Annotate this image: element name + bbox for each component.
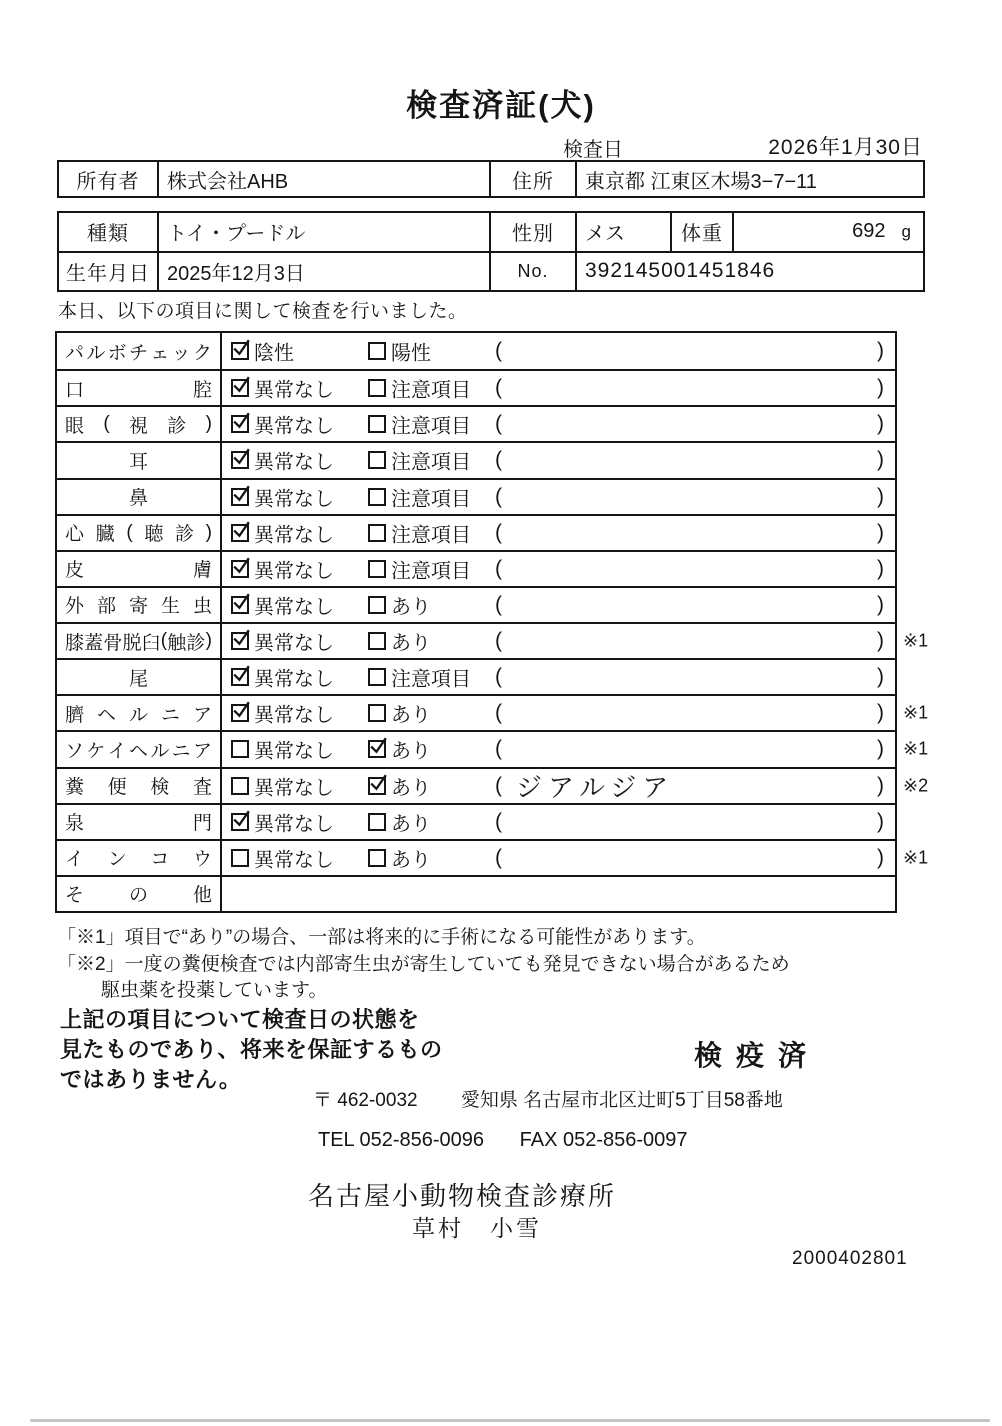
checkbox-checked (231, 596, 249, 614)
pet-row-2: 生年月日 2025年12月3日 No. 392145001451846 (59, 251, 923, 291)
checkbox-checked (231, 668, 249, 686)
checkbox-unchecked (368, 668, 386, 686)
option-1-label: 異常なし (254, 843, 334, 872)
checklist-row-label: パルボチェック (57, 333, 222, 369)
checklist-table: パルボチェック陰性陽性()口腔異常なし注意項目()眼(視診)異常なし注意項目()… (55, 331, 897, 913)
remark-paren-close: ) (877, 810, 884, 834)
option-2-label: 注意項目 (391, 482, 471, 511)
remark-paren-open: ( (495, 810, 502, 834)
option-2-label: あり (391, 627, 431, 656)
checklist-row: インコウ異常なしあり()※1 (57, 839, 895, 875)
remark-paren-open: ( (495, 557, 502, 581)
checklist-row-label: 口腔 (57, 371, 222, 405)
intro-sentence: 本日、以下の項目に関して検査を行いました。 (58, 296, 468, 323)
checklist-row: 口腔異常なし注意項目() (57, 369, 895, 405)
certificate-page: 検査済証(犬) 検査日 2026年1月30日 所有者 株式会社AHB 住所 東京… (0, 0, 1002, 1426)
clinic-postal-code: 〒 462-0032 (313, 1090, 418, 1111)
clinic-address-line: 〒 462-0032 愛知県 名古屋市北区辻町5丁目58番地 (313, 1085, 783, 1112)
option-2-label: あり (391, 699, 431, 728)
checklist-row-content: 異常なしあり() (222, 588, 895, 622)
checkbox-checked (231, 813, 249, 831)
option-2-label: 注意項目 (391, 518, 471, 547)
checklist-row: 鼻異常なし注意項目() (57, 478, 895, 514)
option-1-label: 異常なし (254, 590, 334, 619)
remark-paren-open: ( (495, 701, 502, 725)
remark-paren-close: ) (877, 846, 884, 870)
checkbox-unchecked (231, 777, 249, 795)
clinic-tel: TEL 052-856-0096 (318, 1129, 484, 1151)
checklist-row-content: 陰性陽性() (222, 333, 895, 369)
owner-table: 所有者 株式会社AHB 住所 東京都 江東区木場3−7−11 (57, 160, 925, 198)
clinic-address: 愛知県 名古屋市北区辻町5丁目58番地 (461, 1090, 783, 1111)
checkbox-unchecked (368, 849, 386, 867)
option-2-label: 注意項目 (391, 446, 471, 475)
option-2-label: あり (391, 807, 431, 836)
remark-paren-open: ( (495, 774, 502, 798)
checklist-row-content: 異常なしあり() (222, 624, 895, 658)
disclaimer-line-3: ではありません。 (60, 1063, 241, 1094)
checklist-row: ソケイヘルニア異常なしあり()※1 (57, 730, 895, 766)
remark-paren-close: ) (877, 376, 884, 400)
option-2-label: あり (391, 735, 431, 764)
option-2-label: 陽性 (391, 337, 431, 366)
remark-paren-close: ) (877, 485, 884, 509)
remark-paren-open: ( (495, 412, 502, 436)
checkbox-unchecked (368, 524, 386, 542)
option-2-label: あり (391, 843, 431, 872)
remark-paren-close: ) (877, 774, 884, 798)
checkbox-checked (231, 524, 249, 542)
clinic-name: 名古屋小動物検査診療所 (308, 1176, 616, 1213)
option-2-label: 注意項目 (391, 374, 471, 403)
remark-paren-close: ) (877, 737, 884, 761)
sex-label-cell: 性別 (489, 213, 575, 251)
option-1-label: 異常なし (254, 554, 334, 583)
option-2-label: 注意項目 (391, 554, 471, 583)
veterinarian-name: 草村 小雪 (412, 1210, 542, 1243)
checklist-row-label: 皮膚 (57, 552, 222, 586)
remark-paren-open: ( (495, 629, 502, 653)
owner-label-cell: 所有者 (59, 162, 157, 196)
checklist-row: 膝蓋骨脱臼(触診)異常なしあり()※1 (57, 622, 895, 658)
checklist-row-content: 異常なし注意項目() (222, 371, 895, 405)
remark-paren-open: ( (495, 846, 502, 870)
checklist-row-content: 異常なし注意項目() (222, 443, 895, 477)
pet-row-1: 種類 トイ・プードル 性別 メス 体重 692 g (59, 213, 923, 251)
owner-address-label-cell: 住所 (489, 162, 575, 196)
option-1-label: 異常なし (254, 663, 334, 692)
checkbox-unchecked (368, 632, 386, 650)
remark-paren-open: ( (495, 448, 502, 472)
checklist-row-label: 眼(視診) (57, 407, 222, 441)
checklist-row: 眼(視診)異常なし注意項目() (57, 405, 895, 441)
remark-paren-close: ) (877, 701, 884, 725)
option-1-label: 異常なし (254, 627, 334, 656)
clinic-phone-line: TEL 052-856-0096 FAX 052-856-0097 (318, 1129, 688, 1152)
row-reference-mark: ※1 (903, 739, 928, 760)
checkbox-checked (231, 451, 249, 469)
checkbox-checked (231, 560, 249, 578)
checkbox-checked (368, 740, 386, 758)
checklist-row-label: 鼻 (57, 480, 222, 514)
disclaimer-line-2: 見たものであり、将来を保証するもの (60, 1033, 443, 1064)
footnote-2: 「※2」一度の糞便検査では内部寄生虫が寄生していても発見できない場合があるため (57, 949, 790, 976)
checklist-row: その他 (57, 875, 895, 911)
option-1-label: 異常なし (254, 446, 334, 475)
checkbox-unchecked (368, 342, 386, 360)
checklist-row-label: インコウ (57, 841, 222, 875)
row-reference-mark: ※1 (903, 631, 928, 652)
inspection-date-value: 2026年1月30日 (768, 131, 923, 161)
option-1-label: 異常なし (254, 518, 334, 547)
option-1-label: 異常なし (254, 771, 334, 800)
checklist-row-label: 糞便検査 (57, 769, 222, 803)
checklist-row-label: 膝蓋骨脱臼(触診) (57, 624, 222, 658)
sex-value-cell: メス (575, 213, 670, 251)
checkbox-checked (368, 777, 386, 795)
checklist-row-label: 耳 (57, 443, 222, 477)
remark-paren-close: ) (877, 557, 884, 581)
option-2-label: あり (391, 590, 431, 619)
remark-paren-close: ) (877, 593, 884, 617)
checklist-row: 尾異常なし注意項目() (57, 658, 895, 694)
remark-paren-open: ( (495, 665, 502, 689)
checklist-row: 糞便検査異常なしあり(ジアルジア)※2 (57, 767, 895, 803)
checklist-row-content: 異常なしあり() (222, 696, 895, 730)
checklist-row: 泉門異常なしあり() (57, 803, 895, 839)
checklist-row-label: その他 (57, 877, 222, 911)
remark-paren-close: ) (877, 339, 884, 363)
checklist-row: 耳異常なし注意項目() (57, 441, 895, 477)
remark-paren-open: ( (495, 521, 502, 545)
checklist-row-content (222, 877, 895, 911)
remark-paren-close: ) (877, 665, 884, 689)
breed-value-cell: トイ・プードル (157, 213, 489, 251)
document-number: 2000402801 (792, 1248, 908, 1270)
checkbox-unchecked (368, 813, 386, 831)
checklist-row-label: 臍ヘルニア (57, 696, 222, 730)
option-2-label: 注意項目 (391, 663, 471, 692)
checklist-row-label: 泉門 (57, 805, 222, 839)
checklist-row-label: ソケイヘルニア (57, 732, 222, 766)
footnote-1: 「※1」項目で“あり”の場合、一部は将来的に手術になる可能性があります。 (57, 922, 706, 949)
checkbox-checked (231, 379, 249, 397)
quarantine-stamp: 検疫済 (694, 1034, 820, 1074)
option-1-label: 異常なし (254, 482, 334, 511)
owner-name-cell: 株式会社AHB (157, 162, 489, 196)
birth-value-cell: 2025年12月3日 (157, 253, 489, 291)
pet-info-table: 種類 トイ・プードル 性別 メス 体重 692 g 生年月日 2025年12月3… (57, 211, 925, 292)
checkbox-unchecked (368, 488, 386, 506)
checkbox-unchecked (231, 740, 249, 758)
checklist-row-label: 尾 (57, 660, 222, 694)
owner-row: 所有者 株式会社AHB 住所 東京都 江東区木場3−7−11 (59, 162, 923, 196)
remark-paren-close: ) (877, 448, 884, 472)
checkbox-unchecked (231, 849, 249, 867)
weight-label-cell: 体重 (670, 213, 732, 251)
checklist-row-content: 異常なし注意項目() (222, 480, 895, 514)
row-reference-mark: ※1 (903, 703, 928, 724)
checklist-row-content: 異常なし注意項目() (222, 516, 895, 550)
checklist-row-label: 心臓(聴診) (57, 516, 222, 550)
clinic-fax: FAX 052-856-0097 (520, 1129, 688, 1151)
option-1-label: 陰性 (254, 337, 294, 366)
scan-edge-line (30, 1419, 990, 1422)
disclaimer-line-1: 上記の項目について検査日の状態を (60, 1003, 420, 1034)
checklist-row: 臍ヘルニア異常なしあり()※1 (57, 694, 895, 730)
checklist-row-content: 異常なし注意項目() (222, 407, 895, 441)
number-value-cell: 392145001451846 (575, 253, 923, 291)
page-title: 検査済証(犬) (0, 80, 1002, 125)
footnote-2-continued: 駆虫薬を投薬しています。 (101, 975, 327, 1002)
checkbox-checked (231, 704, 249, 722)
checklist-row-content: 異常なしあり() (222, 805, 895, 839)
checklist-row-content: 異常なし注意項目() (222, 552, 895, 586)
checklist-row: パルボチェック陰性陽性() (57, 333, 895, 369)
remark-paren-open: ( (495, 485, 502, 509)
checkbox-checked (231, 488, 249, 506)
checkbox-checked (231, 342, 249, 360)
checkbox-unchecked (368, 415, 386, 433)
checkbox-checked (231, 632, 249, 650)
breed-label-cell: 種類 (59, 213, 157, 251)
remark-paren-close: ) (877, 629, 884, 653)
checklist-row: 心臓(聴診)異常なし注意項目() (57, 514, 895, 550)
option-1-label: 異常なし (254, 735, 334, 764)
remark-paren-close: ) (877, 412, 884, 436)
checkbox-unchecked (368, 379, 386, 397)
remark-paren-open: ( (495, 593, 502, 617)
checkbox-unchecked (368, 596, 386, 614)
checklist-row-content: 異常なしあり(ジアルジア) (222, 769, 895, 803)
option-1-label: 異常なし (254, 410, 334, 439)
checklist-row-content: 異常なしあり() (222, 732, 895, 766)
remark-paren-close: ) (877, 521, 884, 545)
owner-address-cell: 東京都 江東区木場3−7−11 (575, 162, 923, 196)
checkbox-checked (231, 415, 249, 433)
option-2-label: 注意項目 (391, 410, 471, 439)
weight-value-cell: 692 g (732, 213, 923, 251)
checklist-row-label: 外部寄生虫 (57, 588, 222, 622)
row-reference-mark: ※2 (903, 775, 928, 796)
handwritten-remark: ジアルジア (516, 767, 674, 804)
row-reference-mark: ※1 (903, 847, 928, 868)
checklist-row-content: 異常なし注意項目() (222, 660, 895, 694)
weight-unit: g (902, 222, 911, 242)
inspection-date-label: 検査日 (563, 133, 623, 162)
birth-label-cell: 生年月日 (59, 253, 157, 291)
checklist-row: 皮膚異常なし注意項目() (57, 550, 895, 586)
remark-paren-open: ( (495, 339, 502, 363)
checklist-row: 外部寄生虫異常なしあり() (57, 586, 895, 622)
option-1-label: 異常なし (254, 699, 334, 728)
option-1-label: 異常なし (254, 374, 334, 403)
remark-paren-open: ( (495, 737, 502, 761)
option-1-label: 異常なし (254, 807, 334, 836)
remark-paren-open: ( (495, 376, 502, 400)
checkbox-unchecked (368, 451, 386, 469)
option-2-label: あり (391, 771, 431, 800)
checkbox-unchecked (368, 704, 386, 722)
checkbox-unchecked (368, 560, 386, 578)
weight-value: 692 (852, 220, 885, 243)
number-label-cell: No. (489, 253, 575, 291)
checklist-row-content: 異常なしあり() (222, 841, 895, 875)
